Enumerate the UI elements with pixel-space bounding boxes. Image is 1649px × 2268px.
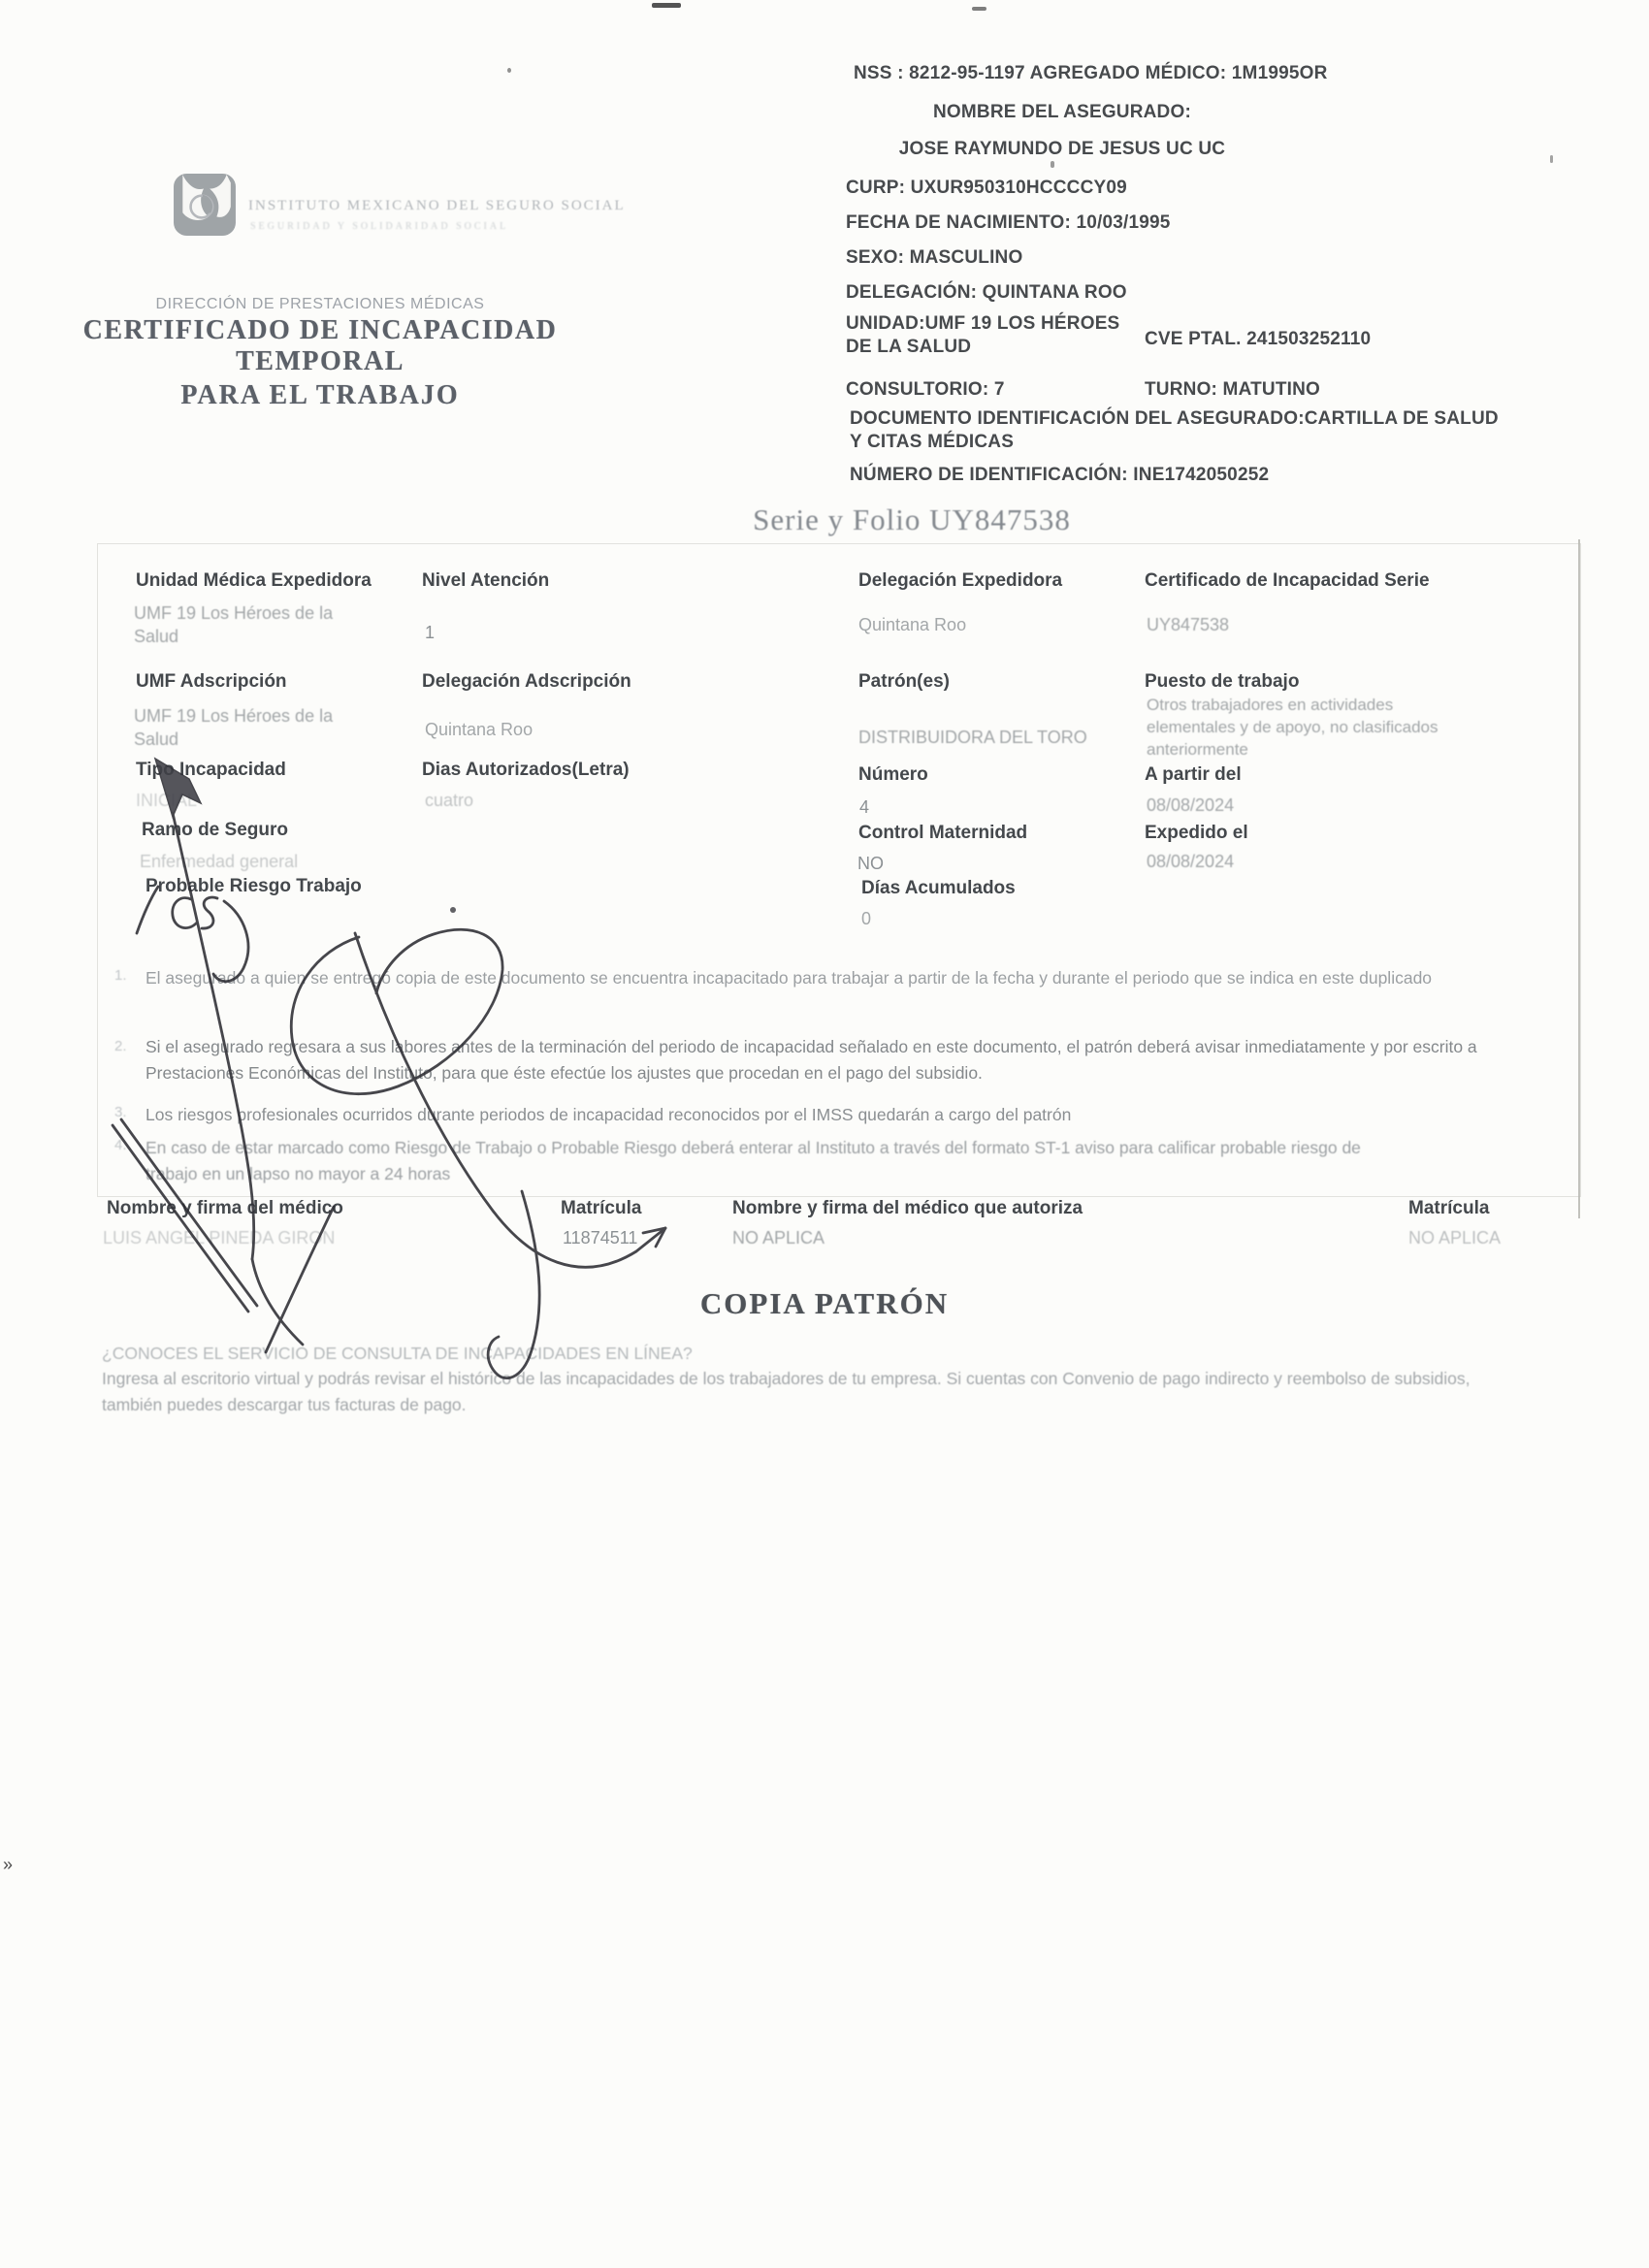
note-text: Si el asegurado regresara a sus labores … [145,1034,1503,1086]
id-number-line: NÚMERO DE IDENTIFICACIÓN: INE1742050252 [850,464,1269,487]
field-value: cuatro [425,789,473,812]
note-text: El asegurado a quien se entregó copia de… [145,965,1494,991]
field-label: Número [858,764,928,787]
unit-line: UNIDAD:UMF 19 LOS HÉROES DE LA SALUD [846,312,1132,359]
field-label: Dias Autorizados(Letra) [422,760,630,782]
copy-title: COPIA PATRÓN [485,1286,1164,1321]
scan-artifact [652,3,681,8]
scan-artifact [972,7,986,11]
footer-text: Ingresa al escritorio virtual y podrás r… [102,1366,1489,1418]
note-number: 2. [114,1038,127,1054]
note-number: 3. [114,1104,127,1120]
note-text: Los riesgos profesionales ocurridos dura… [145,1102,1503,1128]
field-value: Quintana Roo [425,718,533,741]
field-label: Control Maternidad [858,823,1027,845]
matricula-label: Matrícula [561,1198,641,1220]
consultorio-line: CONSULTORIO: 7 [846,378,1005,402]
institute-subtitle: SEGURIDAD Y SOLIDARIDAD SOCIAL [250,221,508,232]
field-label: A partir del [1145,764,1242,787]
imss-eagle-icon [173,173,237,237]
imss-logo [173,173,237,237]
field-value: UY847538 [1147,613,1229,636]
matricula2-label: Matrícula [1408,1198,1489,1220]
curp-line: CURP: UXUR950310HCCCCY09 [846,177,1127,200]
field-value: Enfermedad general [140,850,298,873]
field-label: Tipo Incapacidad [136,760,286,782]
direction-subtitle: DIRECCIÓN DE PRESTACIONES MÉDICAS [39,296,601,313]
margin-chevrons: » [3,1855,13,1875]
field-value: UMF 19 Los Héroes de la Salud [134,704,376,752]
field-label: Nivel Atención [422,570,549,593]
matricula-value: 11874511 [563,1226,637,1249]
institute-name: INSTITUTO MEXICANO DEL SEGURO SOCIAL [248,198,675,214]
note-number: 1. [114,967,127,984]
cve-ptal-line: CVE PTAL. 241503252110 [1145,328,1371,351]
scanned-certificate-page: » INSTITUTO MEXICANO DEL SEGURO SOCIAL S… [0,0,1649,2268]
field-value: 08/08/2024 [1147,794,1234,817]
field-value: 1 [425,621,435,644]
field-label: Ramo de Seguro [142,820,288,842]
id-document-line: DOCUMENTO IDENTIFICACIÓN DEL ASEGURADO:C… [850,407,1500,454]
nss-line: NSS : 8212-95-1197 AGREGADO MÉDICO: 1M19… [854,62,1328,85]
authorizing-doctor-label: Nombre y firma del médico que autoriza [732,1198,1083,1220]
field-label: Probable Riesgo Trabajo [145,876,362,898]
authorizing-doctor-value: NO APLICA [732,1226,824,1249]
insured-name: JOSE RAYMUNDO DE JESUS UC UC [854,138,1271,161]
document-title-line2: PARA EL TRABAJO [39,380,601,411]
field-label: Certificado de Incapacidad Serie [1145,570,1430,593]
matricula2-value: NO APLICA [1408,1226,1501,1249]
scan-speck [1051,161,1054,168]
sex-line: SEXO: MASCULINO [846,246,1022,270]
document-title-line1: CERTIFICADO DE INCAPACIDAD TEMPORAL [39,315,601,377]
field-label: Expedido el [1145,823,1248,845]
field-label: Unidad Médica Expedidora [136,570,372,593]
insured-name-label: NOMBRE DEL ASEGURADO: [854,101,1271,124]
field-value: UMF 19 Los Héroes de la Salud [134,601,376,649]
footer-question: ¿CONOCES EL SERVICIO DE CONSULTA DE INCA… [102,1341,1169,1367]
delegation-line: DELEGACIÓN: QUINTANA ROO [846,281,1127,305]
field-value: 4 [859,795,869,819]
field-label: UMF Adscripción [136,671,287,694]
note-text: En caso de estar marcado como Riesgo de … [145,1135,1387,1187]
field-value: 08/08/2024 [1147,850,1234,873]
doctor-name-label: Nombre y firma del médico [107,1198,343,1220]
field-value: 0 [861,907,871,930]
form-right-rule [1578,539,1580,1218]
field-value: INICIAL [136,789,197,812]
field-value: Quintana Roo [858,613,966,636]
field-value: DISTRIBUIDORA DEL TORO [858,726,1087,749]
scan-speck [1550,155,1553,163]
turno-line: TURNO: MATUTINO [1145,378,1320,402]
scan-speck [507,68,511,73]
note-number: 4. [114,1137,127,1153]
field-value: NO [857,852,884,875]
serie-folio: Serie y Folio UY847538 [601,502,1222,537]
field-label: Patrón(es) [858,671,950,694]
field-label: Días Acumulados [861,878,1016,900]
field-label: Delegación Expedidora [858,570,1062,593]
field-value: Otros trabajadores en actividades elemen… [1147,695,1481,761]
birthdate-line: FECHA DE NACIMIENTO: 10/03/1995 [846,211,1171,235]
field-label: Delegación Adscripción [422,671,631,694]
field-label: Puesto de trabajo [1145,671,1299,694]
doctor-name-value: LUIS ANGEL PINEDA GIRON [103,1226,335,1249]
